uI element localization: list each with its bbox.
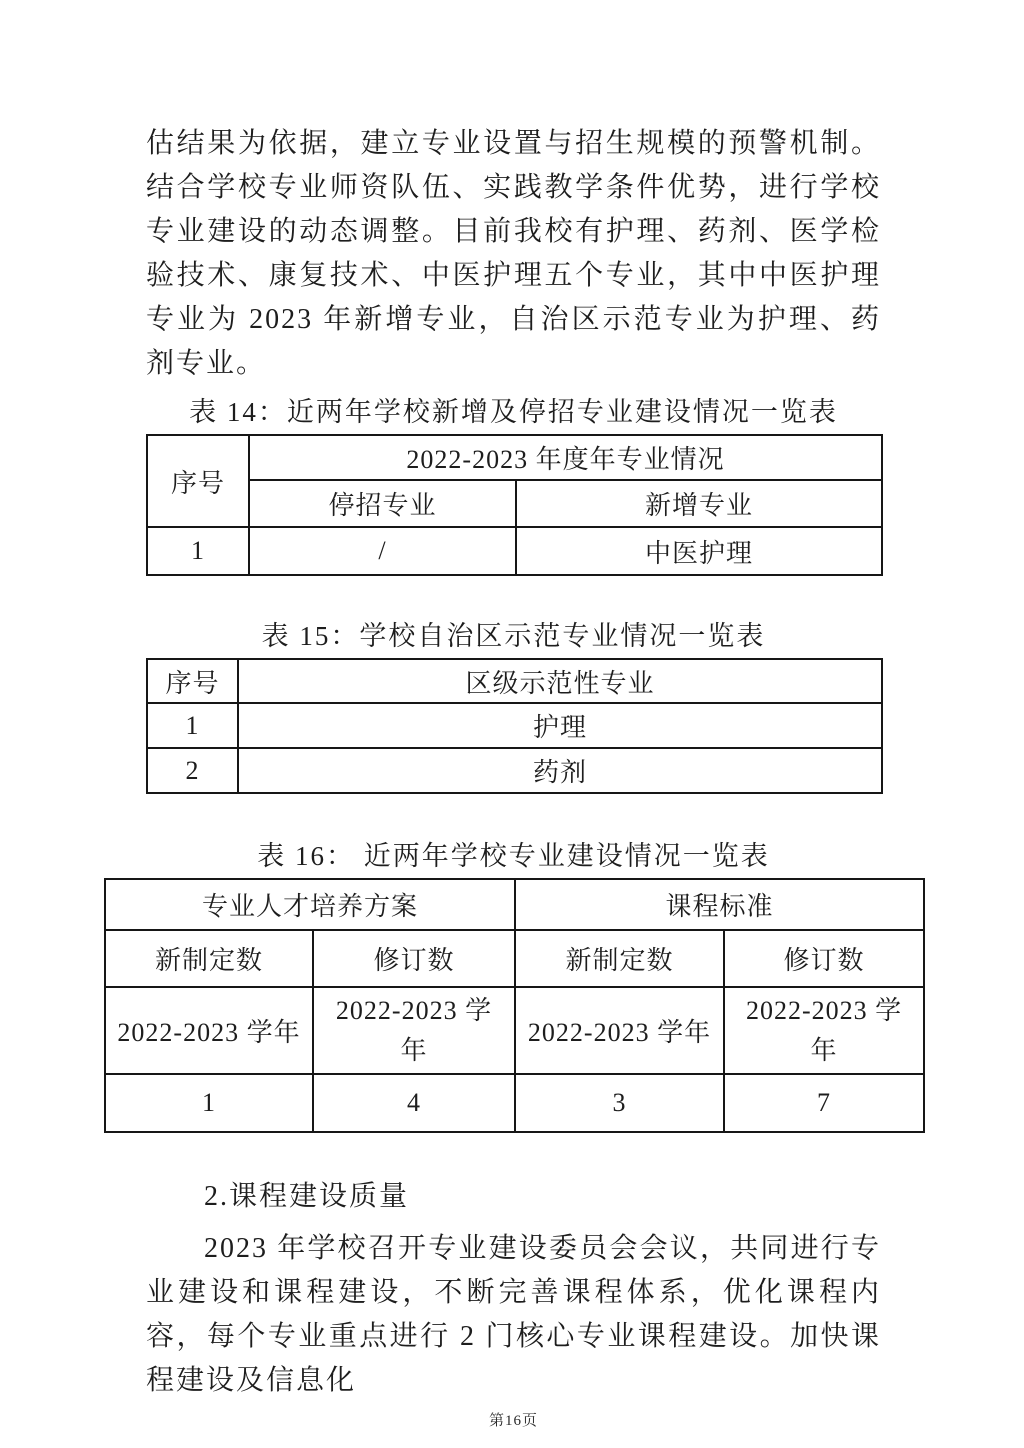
- table-cell: 2: [147, 748, 238, 793]
- table-row: 2 药剂: [147, 748, 882, 793]
- table-cell: 1: [147, 703, 238, 748]
- header-cell: 2022-2023 年度年专业情况: [249, 435, 882, 480]
- header-cell: 修订数: [313, 930, 515, 987]
- table15: 序号 区级示范性专业 1 护理 2 药剂: [146, 658, 883, 794]
- table-cell: 4: [313, 1074, 515, 1132]
- body-paragraph-1: 估结果为依据，建立专业设置与招生规模的预警机制。结合学校专业师资队伍、实践教学条…: [146, 122, 881, 386]
- table-cell: 2022-2023 学 年: [313, 987, 515, 1074]
- table-row: 1 4 3 7: [105, 1074, 924, 1132]
- table-row: 新制定数 修订数 新制定数 修订数: [105, 930, 924, 987]
- table-cell: 7: [724, 1074, 924, 1132]
- header-cell: 新制定数: [515, 930, 724, 987]
- document-page: 估结果为依据，建立专业设置与招生规模的预警机制。结合学校专业师资队伍、实践教学条…: [0, 0, 1024, 1448]
- table-cell: /: [249, 527, 516, 575]
- table-row: 1 / 中医护理: [147, 527, 882, 575]
- header-cell: 修订数: [724, 930, 924, 987]
- header-cell: 序号: [147, 659, 238, 703]
- table-cell: 2022-2023 学年: [105, 987, 313, 1074]
- table-cell: 护理: [238, 703, 882, 748]
- table-row: 2022-2023 学年 2022-2023 学 年 2022-2023 学年 …: [105, 987, 924, 1074]
- table-cell: 3: [515, 1074, 724, 1132]
- header-cell: 课程标准: [515, 879, 924, 930]
- table14-caption: 表 14：近两年学校新增及停招专业建设情况一览表: [146, 390, 881, 434]
- table16: 专业人才培养方案 课程标准 新制定数 修订数 新制定数 修订数 2022-202…: [104, 878, 925, 1133]
- table-row: 1 护理: [147, 703, 882, 748]
- header-cell: 停招专业: [249, 480, 516, 527]
- table16-caption: 表 16： 近两年学校专业建设情况一览表: [104, 834, 923, 878]
- table14: 序号 2022-2023 年度年专业情况 停招专业 新增专业 1 / 中医护理: [146, 434, 883, 576]
- table-cell: 2022-2023 学年: [515, 987, 724, 1074]
- table15-caption: 表 15：学校自治区示范专业情况一览表: [146, 614, 881, 658]
- page-footer: 第16页: [146, 1409, 881, 1430]
- table-cell: 中医护理: [516, 527, 882, 575]
- table-row: 序号 区级示范性专业: [147, 659, 882, 703]
- header-cell: 专业人才培养方案: [105, 879, 515, 930]
- header-cell: 新制定数: [105, 930, 313, 987]
- section-heading: 2.课程建设质量: [146, 1175, 881, 1219]
- table-row: 专业人才培养方案 课程标准: [105, 879, 924, 930]
- body-paragraph-2: 2023 年学校召开专业建设委员会会议，共同进行专业建设和课程建设，不断完善课程…: [146, 1227, 881, 1403]
- table-cell: 1: [105, 1074, 313, 1132]
- table-cell: 1: [147, 527, 249, 575]
- header-cell: 序号: [147, 435, 249, 527]
- table-cell: 2022-2023 学 年: [724, 987, 924, 1074]
- table-row: 停招专业 新增专业: [147, 480, 882, 527]
- table-cell: 药剂: [238, 748, 882, 793]
- header-cell: 区级示范性专业: [238, 659, 882, 703]
- table-row: 序号 2022-2023 年度年专业情况: [147, 435, 882, 480]
- header-cell: 新增专业: [516, 480, 882, 527]
